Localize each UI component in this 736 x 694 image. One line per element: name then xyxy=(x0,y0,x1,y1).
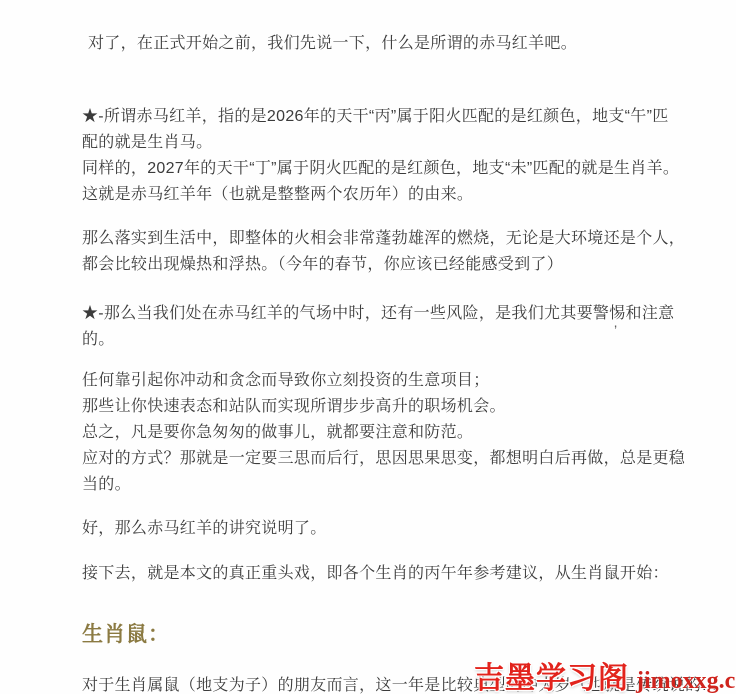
paragraph-definition: ★-所谓赤马红羊，指的是2026年的天干“丙”属于阳火匹配的是红颜色，地支“午”… xyxy=(82,104,679,208)
watermark: 吉墨学习阁 jimoxxg.com xyxy=(474,653,736,694)
paragraph-wrapup: 好，那么赤马红羊的讲究说明了。 xyxy=(82,516,327,542)
paragraph-transition: 接下去，就是本文的真正重头戏，即各个生肖的丙午年参考建议，从生肖鼠开始： xyxy=(82,561,669,587)
paragraph-advice-list: 任何靠引起你冲动和贪念而导致你立刻投资的生意项目； 那些让你快速表态和站队而实现… xyxy=(82,368,685,498)
paragraph-life-impact: 那么落实到生活中，即整体的火相会非常蓬勃雄浑的燃烧，无论是大环境还是个人， 都会… xyxy=(82,226,685,278)
watermark-site-name: 吉墨学习阁 xyxy=(474,653,629,694)
article-page: 对了，在正式开始之前，我们先说一下，什么是所谓的赤马红羊吧。 ★-所谓赤马红羊，… xyxy=(0,0,736,694)
stray-apostrophe-artifact: ’ xyxy=(614,322,617,338)
paragraph-intro: 对了，在正式开始之前，我们先说一下，什么是所谓的赤马红羊吧。 xyxy=(88,31,577,57)
paragraph-risk-warning: ★-那么当我们处在赤马红羊的气场中时，还有一些风险，是我们尤其要警惕和注意 的。 xyxy=(82,301,674,353)
section-heading-zodiac-rat: 生肖鼠： xyxy=(82,618,170,648)
watermark-site-url: jimoxxg.com xyxy=(636,668,736,694)
